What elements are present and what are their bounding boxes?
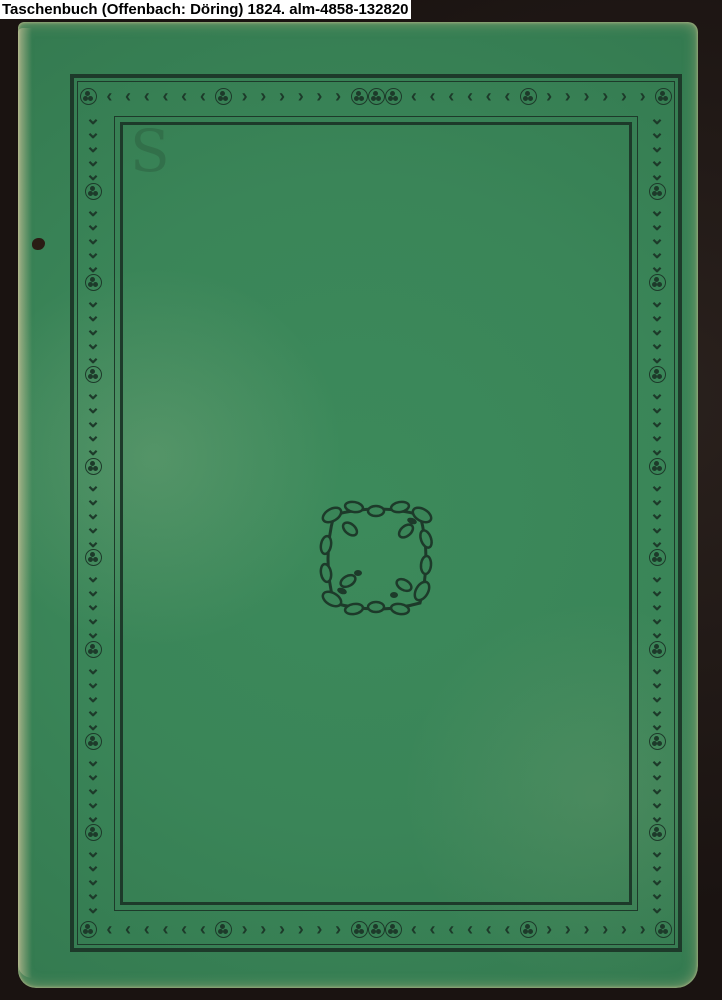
laurel-leaves-icon: ⌄⌄⌄⌄⌄	[85, 200, 100, 275]
rosette-icon	[649, 274, 666, 291]
laurel-leaves-icon: ⌄⌄⌄⌄⌄	[649, 108, 664, 183]
rosette-icon	[649, 458, 666, 475]
border-band-right: ⌄⌄⌄⌄⌄⌄⌄⌄⌄⌄⌄⌄⌄⌄⌄⌄⌄⌄⌄⌄⌄⌄⌄⌄⌄⌄⌄⌄⌄⌄⌄⌄⌄⌄⌄⌄⌄⌄⌄⌄…	[646, 108, 668, 916]
border-band-top: ‹‹‹‹‹‹››››››‹‹‹‹‹‹››››››	[80, 85, 672, 107]
rosette-icon	[368, 88, 385, 105]
laurel-leaves-icon: ⌄⌄⌄⌄⌄	[85, 658, 100, 733]
rosette-icon	[649, 183, 666, 200]
book-cover: S ‹‹‹‹‹‹››››››‹‹‹‹‹‹›››››› ‹‹‹‹‹‹››››››‹…	[18, 22, 698, 988]
rosette-icon	[80, 88, 97, 105]
laurel-leaves-icon: ››››››	[537, 85, 655, 107]
rosette-icon	[368, 921, 385, 938]
rosette-icon	[85, 733, 102, 750]
laurel-leaves-icon: ⌄⌄⌄⌄⌄	[649, 841, 664, 916]
rosette-icon	[520, 921, 537, 938]
rosette-icon	[351, 921, 368, 938]
rosette-icon	[649, 366, 666, 383]
image-caption: Taschenbuch (Offenbach: Döring) 1824. al…	[0, 0, 411, 19]
laurel-leaves-icon: ⌄⌄⌄⌄⌄	[85, 750, 100, 825]
rosette-icon	[655, 921, 672, 938]
rosette-icon	[215, 88, 232, 105]
laurel-leaves-icon: ⌄⌄⌄⌄⌄	[649, 291, 664, 366]
rosette-icon	[649, 641, 666, 658]
laurel-leaves-icon: ⌄⌄⌄⌄⌄	[85, 383, 100, 458]
rosette-icon	[385, 921, 402, 938]
rosette-icon	[85, 824, 102, 841]
rosette-icon	[85, 458, 102, 475]
laurel-leaves-icon: ⌄⌄⌄⌄⌄	[649, 566, 664, 641]
laurel-leaves-icon: ⌄⌄⌄⌄⌄	[649, 475, 664, 550]
laurel-leaves-icon: ⌄⌄⌄⌄⌄	[85, 108, 100, 183]
rosette-icon	[80, 921, 97, 938]
rosette-icon	[655, 88, 672, 105]
laurel-leaves-icon: ››››››	[232, 918, 350, 940]
border-band-left: ⌄⌄⌄⌄⌄⌄⌄⌄⌄⌄⌄⌄⌄⌄⌄⌄⌄⌄⌄⌄⌄⌄⌄⌄⌄⌄⌄⌄⌄⌄⌄⌄⌄⌄⌄⌄⌄⌄⌄⌄…	[82, 108, 104, 916]
rosette-icon	[85, 274, 102, 291]
rosette-icon	[649, 824, 666, 841]
rosette-icon	[215, 921, 232, 938]
rosette-icon	[520, 88, 537, 105]
rosette-icon	[85, 549, 102, 566]
stain-mark	[32, 238, 45, 250]
laurel-leaves-icon: ⌄⌄⌄⌄⌄	[85, 566, 100, 641]
laurel-wreath-icon	[314, 495, 440, 623]
border-band-bottom: ‹‹‹‹‹‹››››››‹‹‹‹‹‹››››››	[80, 918, 672, 940]
rosette-icon	[85, 641, 102, 658]
laurel-leaves-icon: ⌄⌄⌄⌄⌄	[85, 291, 100, 366]
rosette-icon	[85, 366, 102, 383]
rosette-icon	[649, 733, 666, 750]
worn-spine-edge	[18, 28, 32, 978]
laurel-leaves-icon: ‹‹‹‹‹‹	[402, 918, 520, 940]
laurel-leaves-icon: ‹‹‹‹‹‹	[402, 85, 520, 107]
rosette-icon	[351, 88, 368, 105]
rosette-icon	[385, 88, 402, 105]
laurel-leaves-icon: ⌄⌄⌄⌄⌄	[649, 383, 664, 458]
laurel-leaves-icon: ‹‹‹‹‹‹	[97, 85, 215, 107]
rosette-icon	[649, 549, 666, 566]
laurel-leaves-icon: ⌄⌄⌄⌄⌄	[649, 750, 664, 825]
laurel-leaves-icon: ››››››	[537, 918, 655, 940]
laurel-leaves-icon: ⌄⌄⌄⌄⌄	[649, 200, 664, 275]
laurel-leaves-icon: ⌄⌄⌄⌄⌄	[85, 841, 100, 916]
laurel-leaves-icon: ⌄⌄⌄⌄⌄	[85, 475, 100, 550]
laurel-leaves-icon: ⌄⌄⌄⌄⌄	[649, 658, 664, 733]
rosette-icon	[85, 183, 102, 200]
laurel-leaves-icon: ››››››	[232, 85, 350, 107]
laurel-leaves-icon: ‹‹‹‹‹‹	[97, 918, 215, 940]
